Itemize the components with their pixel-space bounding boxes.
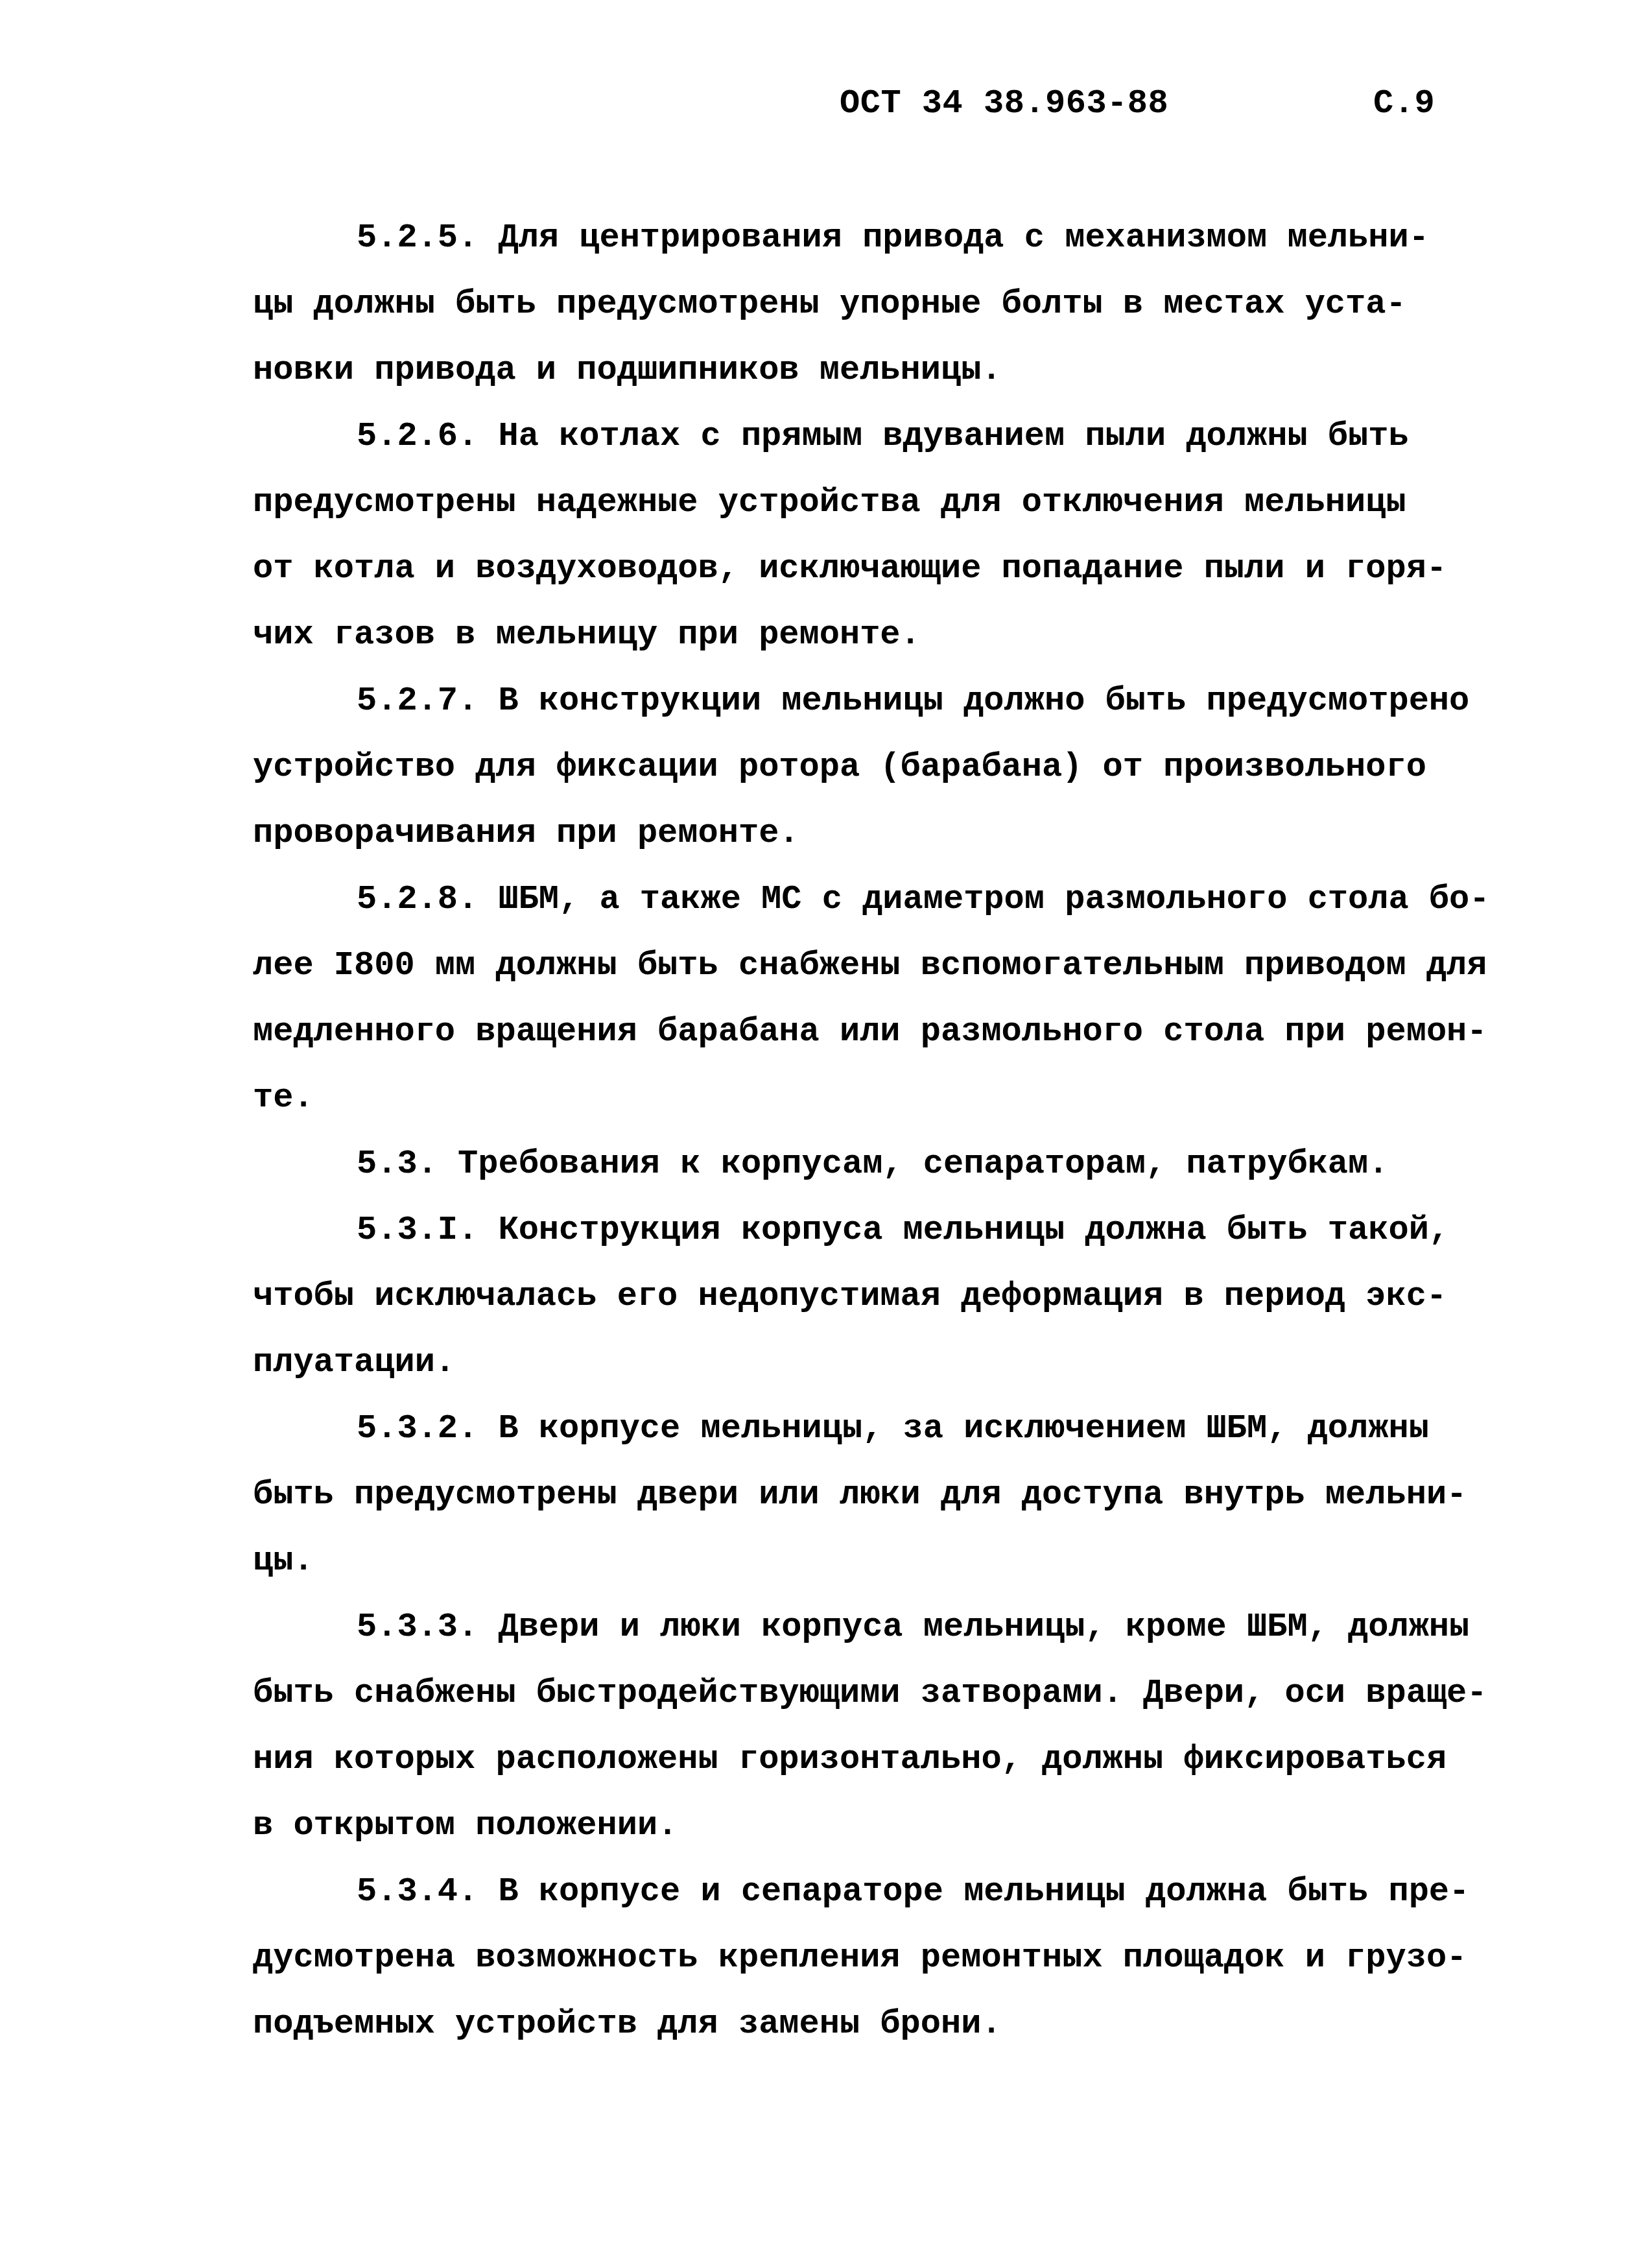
page-header: ОСТ 34 38.963-88 С.9: [0, 85, 1630, 124]
text-line: быть предусмотрены двери или люки для до…: [253, 1462, 1589, 1528]
text-line: от котла и воздуховодов, исключающие поп…: [253, 536, 1589, 602]
text-line: плуатации.: [253, 1330, 1589, 1396]
text-line: новки привода и подшипников мельницы.: [253, 337, 1589, 403]
text-line: дусмотрена возможность крепления ремонтн…: [253, 1925, 1589, 1991]
text-line: быть снабжены быстродействующими затвора…: [253, 1660, 1589, 1726]
text-line: 5.3. Требования к корпусам, сепараторам,…: [253, 1131, 1589, 1197]
text-line: в открытом положении.: [253, 1793, 1589, 1859]
text-line: чтобы исключалась его недопустимая дефор…: [253, 1263, 1589, 1330]
text-line: медленного вращения барабана или размоль…: [253, 999, 1589, 1065]
text-line: лее I800 мм должны быть снабжены вспомог…: [253, 933, 1589, 999]
text-line: 5.3.4. В корпусе и сепараторе мельницы д…: [253, 1859, 1589, 1925]
text-line: цы должны быть предусмотрены упорные бол…: [253, 271, 1589, 337]
text-line: 5.2.6. На котлах с прямым вдуванием пыли…: [253, 403, 1589, 470]
text-line: подъемных устройств для замены брони.: [253, 1991, 1589, 2057]
standard-number: ОСТ 34 38.963-88: [840, 85, 1168, 123]
text-line: устройство для фиксации ротора (барабана…: [253, 734, 1589, 800]
text-line: 5.2.8. ШБМ, а также МС с диаметром размо…: [253, 866, 1589, 933]
text-line: 5.3.I. Конструкция корпуса мельницы долж…: [253, 1197, 1589, 1263]
text-line: 5.2.5. Для центрирования привода с механ…: [253, 205, 1589, 271]
document-body: 5.2.5. Для центрирования привода с механ…: [253, 205, 1589, 2057]
text-line: те.: [253, 1065, 1589, 1131]
text-line: цы.: [253, 1528, 1589, 1594]
text-line: чих газов в мельницу при ремонте.: [253, 602, 1589, 668]
text-line: ния которых расположены горизонтально, д…: [253, 1726, 1589, 1793]
document-page: ОСТ 34 38.963-88 С.9 5.2.5. Для центриро…: [0, 0, 1630, 2268]
text-line: 5.3.2. В корпусе мельницы, за исключение…: [253, 1396, 1589, 1462]
text-line: проворачивания при ремонте.: [253, 800, 1589, 866]
text-line: 5.2.7. В конструкции мельницы должно быт…: [253, 668, 1589, 734]
page-number: С.9: [1373, 85, 1435, 123]
text-line: 5.3.3. Двери и люки корпуса мельницы, кр…: [253, 1594, 1589, 1660]
text-line: предусмотрены надежные устройства для от…: [253, 470, 1589, 536]
